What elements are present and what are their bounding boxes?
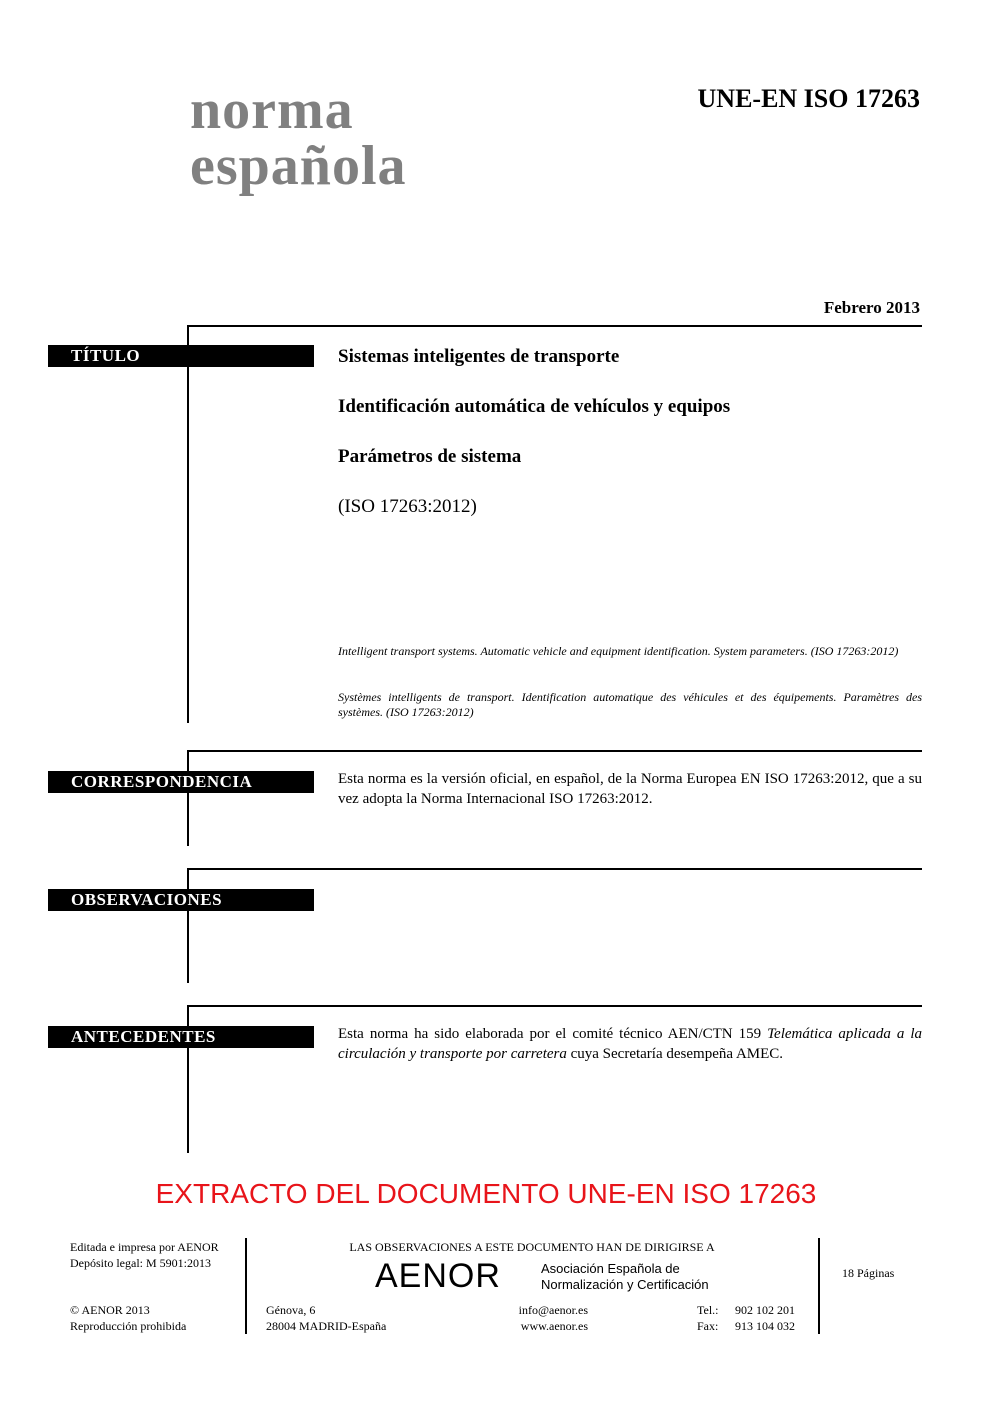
brand-line-2: española	[190, 138, 407, 194]
extract-notice: EXTRACTO DEL DOCUMENTO UNE-EN ISO 17263	[0, 1178, 972, 1210]
label-correspondencia: CORRESPONDENCIA	[48, 771, 314, 793]
antecedentes-text: Esta norma ha sido elaborada por el comi…	[338, 1024, 922, 1064]
section-rule	[187, 750, 189, 846]
footer-contact: info@aenor.es www.aenor.es	[488, 1302, 588, 1334]
brand-line-1: norma	[190, 82, 407, 138]
footer-publisher: Editada e impresa por AENOR Depósito leg…	[70, 1239, 219, 1271]
footer-divider	[245, 1238, 247, 1334]
edited-by: Editada e impresa por AENOR	[70, 1239, 219, 1255]
association-line-1: Asociación Española de	[541, 1261, 709, 1277]
section-divider	[187, 750, 922, 752]
label-antecedentes: ANTECEDENTES	[48, 1026, 314, 1048]
reproduction-notice: Reproducción prohibida	[70, 1318, 186, 1334]
copyright: © AENOR 2013	[70, 1302, 186, 1318]
fax-label: Fax:	[697, 1318, 719, 1334]
brand-title: norma española	[190, 82, 407, 194]
website-link[interactable]: www.aenor.es	[488, 1318, 588, 1334]
section-rule	[187, 325, 189, 723]
footer-address: Génova, 6 28004 MADRID-España	[266, 1302, 386, 1334]
title-reference: (ISO 17263:2012)	[338, 496, 477, 518]
section-divider	[187, 325, 922, 327]
footer-divider	[818, 1238, 820, 1334]
standard-number: UNE-EN ISO 17263	[600, 84, 920, 114]
aenor-logo: AENOR	[375, 1257, 501, 1296]
label-titulo: TÍTULO	[48, 345, 314, 367]
association-line-2: Normalización y Certificación	[541, 1277, 709, 1293]
publication-date: Febrero 2013	[600, 298, 920, 318]
section-rule	[187, 868, 189, 983]
title-line-2: Identificación automática de vehículos y…	[338, 396, 730, 418]
fax-value: 913 104 032	[735, 1318, 795, 1334]
aenor-association: Asociación Española de Normalización y C…	[541, 1261, 709, 1293]
footer-phone-labels: Tel.: Fax:	[697, 1302, 719, 1334]
french-title: Systèmes intelligents de transport. Iden…	[338, 690, 922, 720]
tel-label: Tel.:	[697, 1302, 719, 1318]
footer-phone-values: 902 102 201 913 104 032	[735, 1302, 795, 1334]
page-count: 18 Páginas	[842, 1265, 894, 1281]
antecedentes-text-end: cuya Secretaría desempeña AMEC.	[567, 1046, 783, 1062]
antecedentes-text-start: Esta norma ha sido elaborada por el comi…	[338, 1026, 767, 1042]
email-link[interactable]: info@aenor.es	[488, 1302, 588, 1318]
address-line-1: Génova, 6	[266, 1302, 386, 1318]
legal-deposit: Depósito legal: M 5901:2013	[70, 1255, 219, 1271]
footer-copyright: © AENOR 2013 Reproducción prohibida	[70, 1302, 186, 1334]
tel-value: 902 102 201	[735, 1302, 795, 1318]
observations-note: LAS OBSERVACIONES A ESTE DOCUMENTO HAN D…	[248, 1239, 816, 1255]
correspondencia-text: Esta norma es la versión oficial, en esp…	[338, 769, 922, 809]
address-line-2: 28004 MADRID-España	[266, 1318, 386, 1334]
title-line-3: Parámetros de sistema	[338, 446, 521, 468]
section-divider	[187, 1005, 922, 1007]
title-line-1: Sistemas inteligentes de transporte	[338, 346, 619, 368]
section-divider	[187, 868, 922, 870]
english-title: Intelligent transport systems. Automatic…	[338, 644, 922, 659]
label-observaciones: OBSERVACIONES	[48, 889, 314, 911]
